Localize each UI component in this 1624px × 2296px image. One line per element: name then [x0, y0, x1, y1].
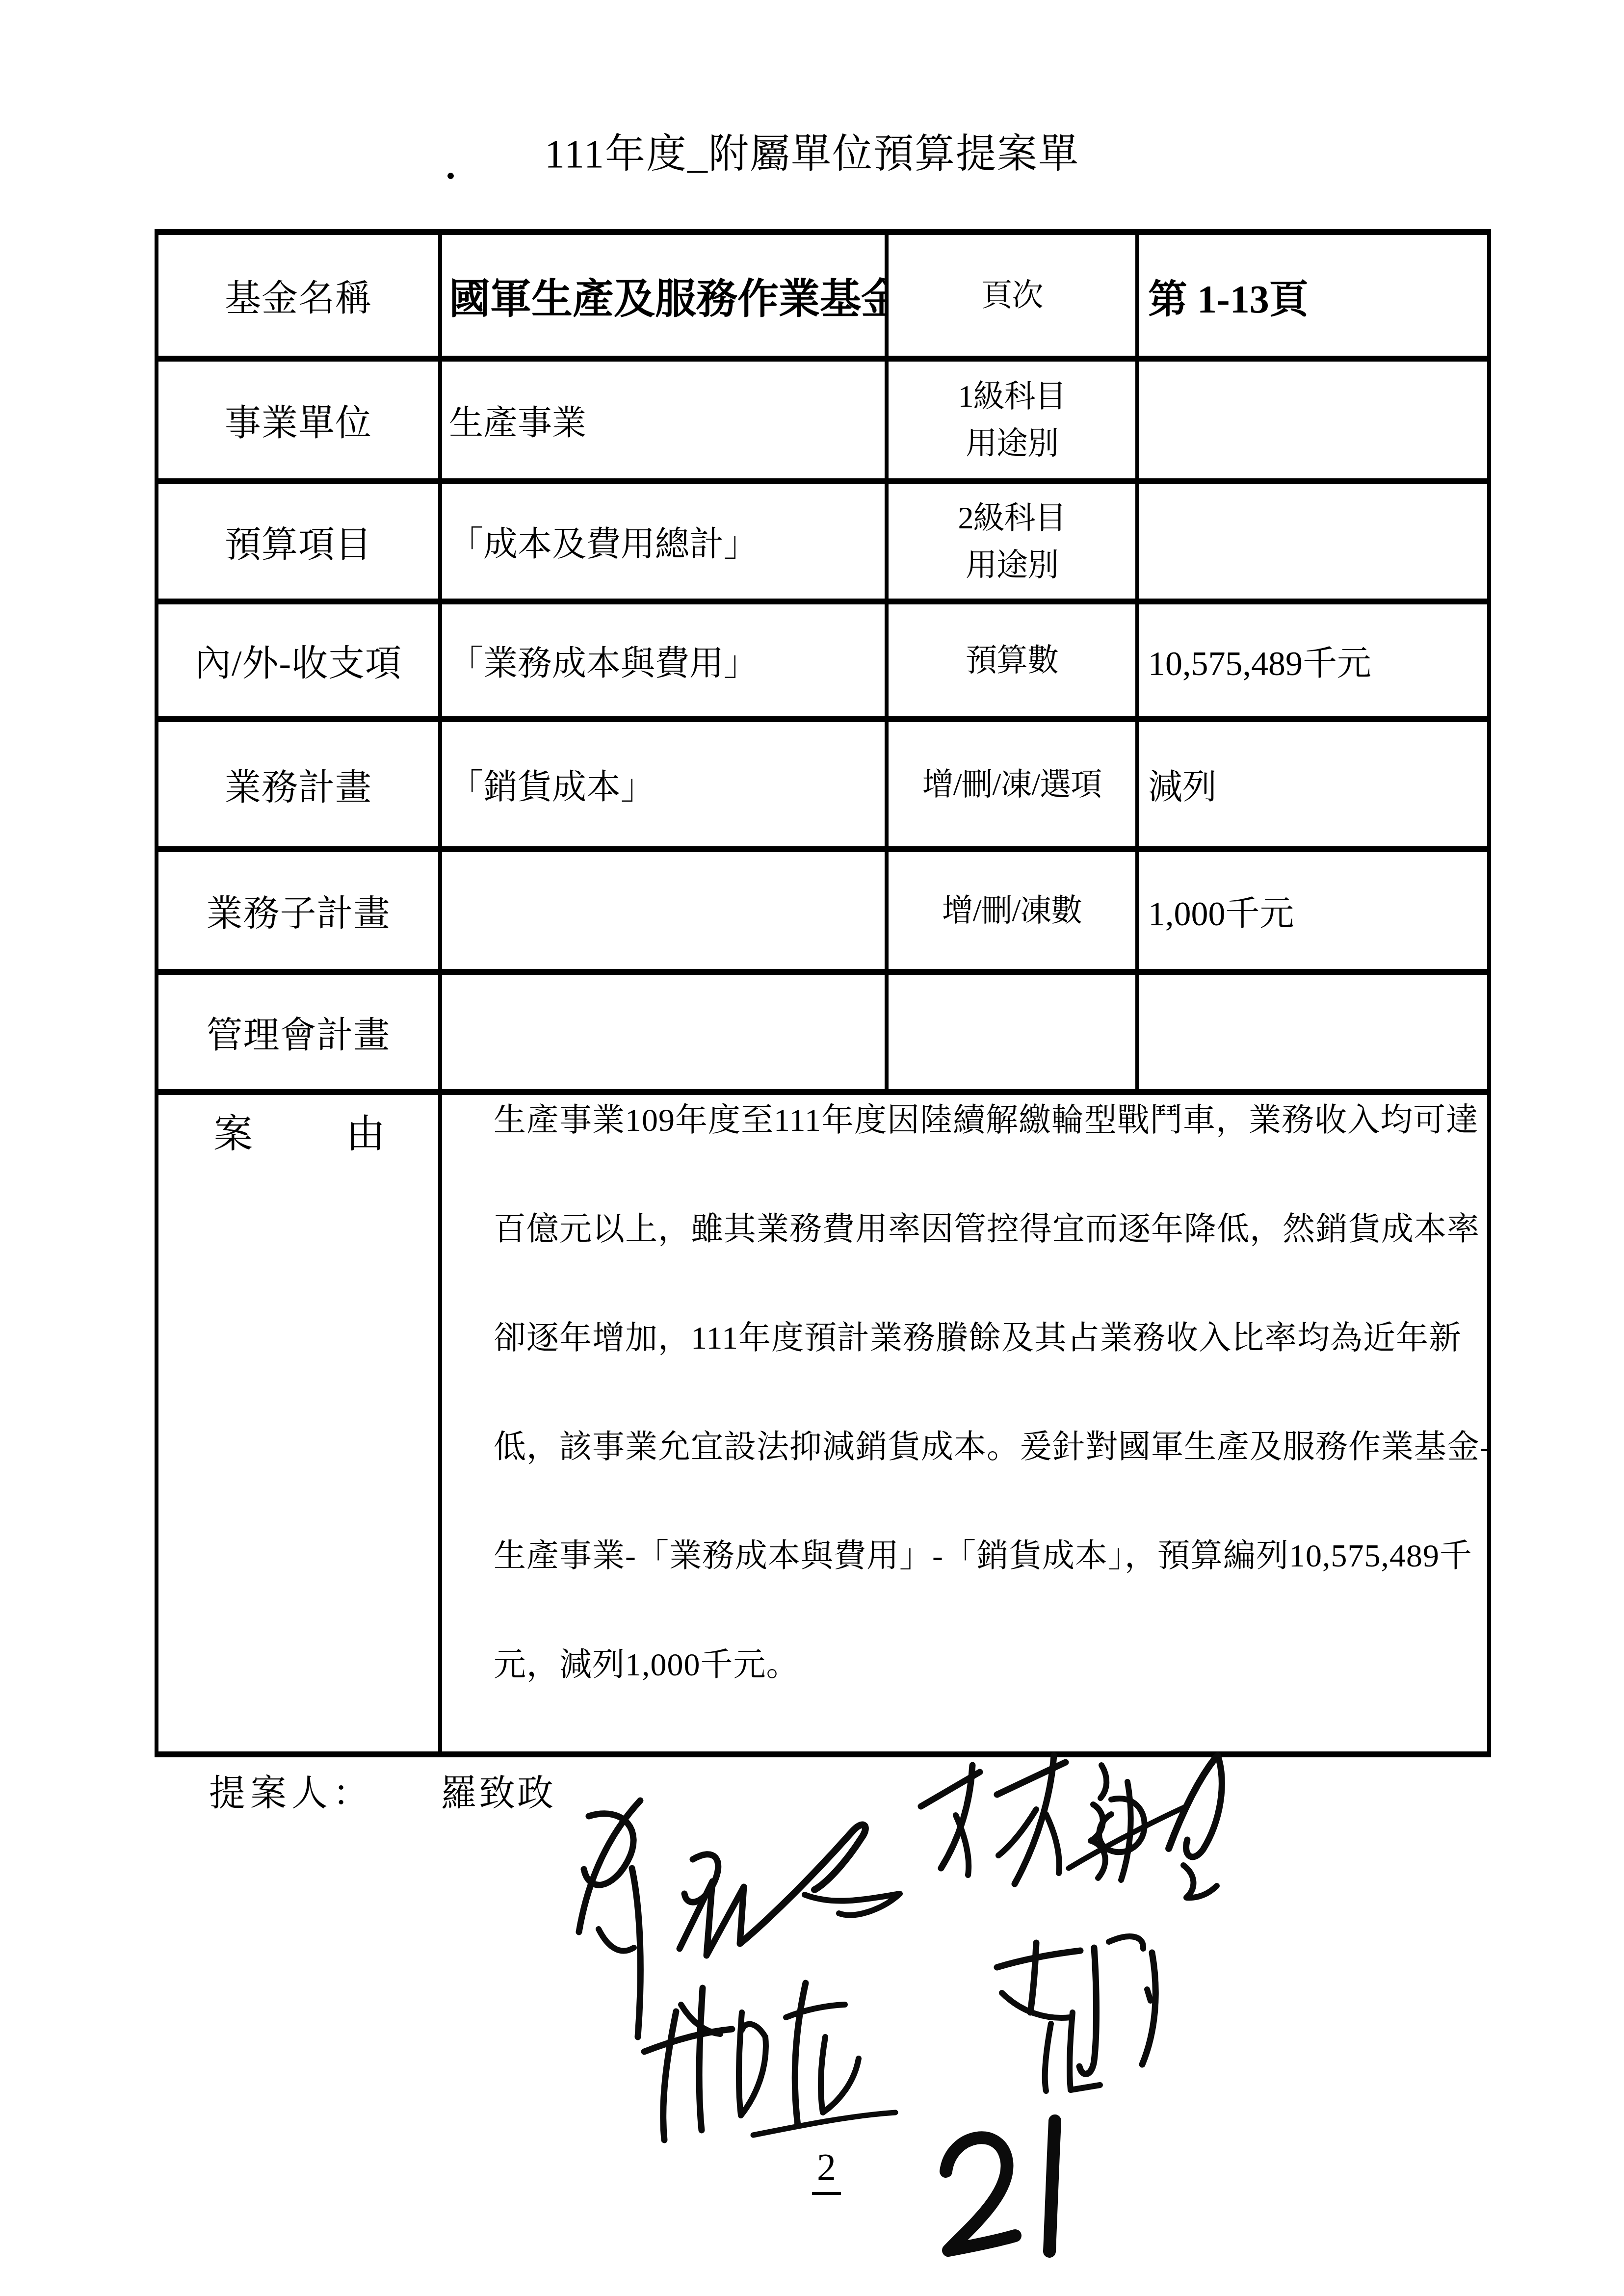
case-reason-label-cell: 案 由	[157, 1092, 440, 1754]
level2-subject-value	[1137, 481, 1489, 601]
management-plan-value	[440, 972, 887, 1092]
signature-1	[579, 1800, 900, 2037]
empty-cell	[1137, 972, 1489, 1092]
action-option-value: 減列	[1137, 719, 1489, 849]
case-char: 由	[346, 1102, 385, 1158]
case-line: 低，該事業允宜設法抑減銷貨成本。爰針對國軍生產及服務作業基金-	[494, 1425, 1482, 1534]
document-title: 111年度_附屬單位預算提案單	[0, 122, 1624, 179]
table-row: 內/外-收支項 「業務成本與費用」 預算數 10,575,489千元	[157, 601, 1489, 719]
table-row: 管理會計畫	[157, 972, 1489, 1092]
business-plan-label: 業務計畫	[157, 719, 440, 849]
business-subplan-label: 業務子計畫	[157, 849, 440, 972]
page-range-value: 第 1-13頁	[1137, 232, 1489, 359]
case-reason-label: 案 由	[158, 1095, 438, 1158]
table-row: 業務子計畫 增/刪/凍數 1,000千元	[157, 849, 1489, 972]
management-plan-label: 管理會計畫	[157, 972, 440, 1092]
revenue-expense-label: 內/外-收支項	[157, 601, 440, 719]
printed-page-number: 2	[812, 2145, 841, 2195]
scanned-budget-proposal-form: 111年度_附屬單位預算提案單 基金名稱 國軍生產及服務作業基金 頁次 第 1-…	[0, 0, 1624, 2296]
action-amount-label: 增/刪/凍數	[887, 849, 1137, 972]
case-reason-text: 生產事業109年度至111年度因陸續解繳輪型戰鬥車，業務收入均可達 百億元以上，…	[442, 1095, 1487, 1751]
empty-cell	[887, 972, 1137, 1092]
case-line: 元，減列1,000千元。	[494, 1643, 1482, 1751]
business-subplan-value	[440, 849, 887, 972]
table-row: 預算項目 「成本及費用總計」 2級科目 用途別	[157, 481, 1489, 601]
handwritten-signatures	[530, 1737, 1344, 2291]
level2-subject-label: 2級科目 用途別	[887, 481, 1137, 601]
action-amount-value: 1,000千元	[1137, 849, 1489, 972]
handwritten-21	[946, 2121, 1055, 2251]
case-line: 生產事業109年度至111年度因陸續解繳輪型戰鬥車，業務收入均可達	[494, 1098, 1482, 1207]
level1-subject-label: 1級科目 用途別	[887, 359, 1137, 481]
signature-2	[921, 1755, 1222, 1898]
signature-4	[997, 1936, 1155, 2091]
business-plan-value: 「銷貨成本」	[440, 719, 887, 849]
level1-subject-value	[1137, 359, 1489, 481]
budget-item-value: 「成本及費用總計」	[440, 481, 887, 601]
proposal-table: 基金名稱 國軍生產及服務作業基金 頁次 第 1-13頁 事業單位 生產事業 1級…	[155, 229, 1491, 1757]
case-char: 案	[213, 1102, 253, 1158]
signature-3	[644, 1983, 895, 2140]
budget-amount-value: 10,575,489千元	[1137, 601, 1489, 719]
fund-name-label: 基金名稱	[157, 232, 440, 359]
case-line: 卻逐年增加，111年度預計業務賸餘及其占業務收入比率均為近年新	[494, 1316, 1482, 1425]
business-unit-value: 生產事業	[440, 359, 887, 481]
revenue-expense-value: 「業務成本與費用」	[440, 601, 887, 719]
page-range-label: 頁次	[887, 232, 1137, 359]
case-reason-text-cell: 生產事業109年度至111年度因陸續解繳輪型戰鬥車，業務收入均可達 百億元以上，…	[440, 1092, 1489, 1754]
budget-item-label: 預算項目	[157, 481, 440, 601]
budget-amount-label: 預算數	[887, 601, 1137, 719]
table-row: 事業單位 生產事業 1級科目 用途別	[157, 359, 1489, 481]
table-row: 基金名稱 國軍生產及服務作業基金 頁次 第 1-13頁	[157, 232, 1489, 359]
proposer-label: 提案人：	[209, 1764, 374, 1816]
scan-speck	[447, 173, 454, 179]
action-option-label: 增/刪/凍/選項	[887, 719, 1137, 849]
table-row: 業務計畫 「銷貨成本」 增/刪/凍/選項 減列	[157, 719, 1489, 849]
case-row: 案 由 生產事業109年度至111年度因陸續解繳輪型戰鬥車，業務收入均可達 百億…	[157, 1092, 1489, 1754]
fund-name-value: 國軍生產及服務作業基金	[440, 232, 887, 359]
business-unit-label: 事業單位	[157, 359, 440, 481]
case-line: 百億元以上，雖其業務費用率因管控得宜而逐年降低，然銷貨成本率	[494, 1207, 1482, 1316]
case-line: 生產事業-「業務成本與費用」-「銷貨成本」，預算編列10,575,489千	[494, 1534, 1482, 1643]
